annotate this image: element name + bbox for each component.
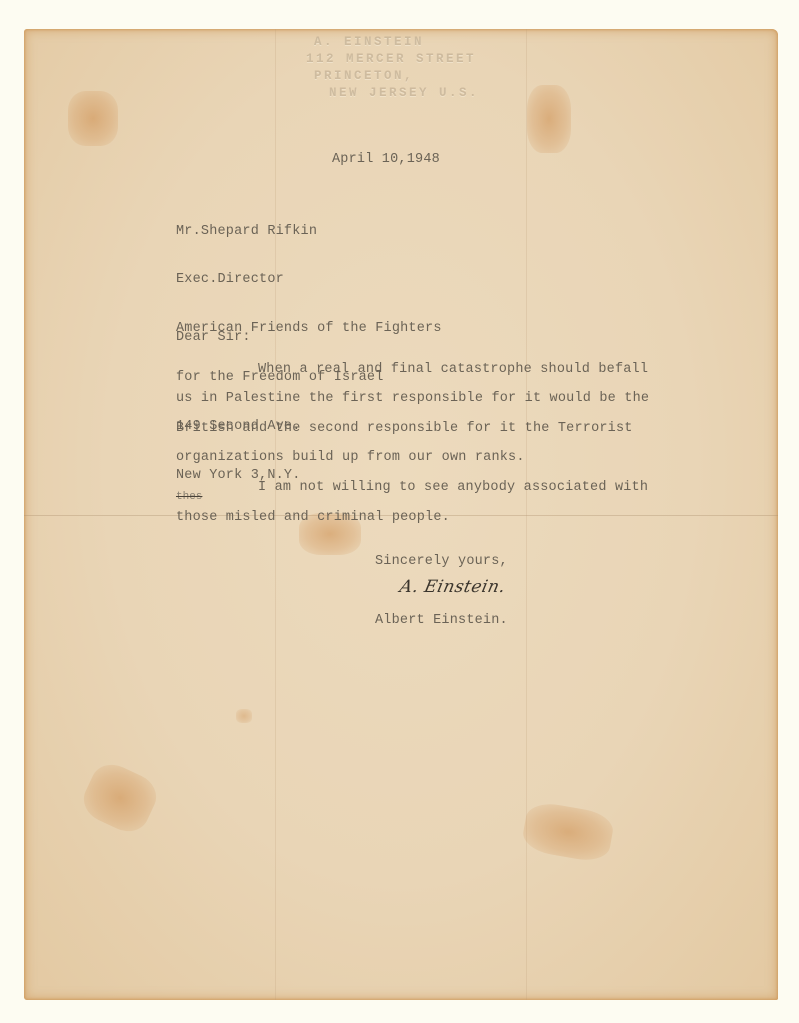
stain-small-left	[236, 709, 252, 723]
salutation: Dear Sir:	[176, 330, 251, 345]
body-line: us in Palestine the first responsible fo…	[176, 391, 649, 407]
body-line: organizations build up from our own rank…	[176, 450, 525, 466]
letter-paper: A. EINSTEIN 112 MERCER STREET PRINCETON,…	[24, 29, 778, 1000]
letterhead-line: 112 MERCER STREET	[306, 51, 479, 68]
letterhead-line: A. EINSTEIN	[314, 34, 479, 51]
recipient-address: Mr.Shepard Rifkin Exec.Director American…	[176, 191, 442, 517]
body-line: British and the second responsible for i…	[176, 421, 633, 437]
letterhead-line: PRINCETON,	[314, 68, 479, 85]
letter-date: April 10,1948	[332, 152, 440, 167]
letterhead-line: NEW JERSEY U.S.	[329, 85, 479, 102]
body-line: those misled and criminal people.	[176, 510, 450, 526]
vertical-fold-line-right	[526, 29, 527, 1000]
struck-out-word: thes	[176, 491, 202, 503]
body-line: I am not willing to see anybody associat…	[258, 480, 648, 496]
embossed-letterhead: A. EINSTEIN 112 MERCER STREET PRINCETON,…	[284, 34, 479, 102]
recipient-name: Mr.Shepard Rifkin	[176, 224, 442, 240]
body-line: When a real and final catastrophe should…	[258, 362, 648, 378]
closing: Sincerely yours,	[375, 554, 508, 569]
recipient-title: Exec.Director	[176, 272, 442, 288]
stain-bottom-right	[520, 800, 615, 865]
handwritten-signature: A. Einstein.	[398, 577, 508, 597]
stain-top-left	[68, 91, 118, 146]
stain-bottom-left	[77, 757, 163, 838]
typed-name: Albert Einstein.	[375, 613, 508, 628]
stain-top-right	[527, 85, 571, 153]
